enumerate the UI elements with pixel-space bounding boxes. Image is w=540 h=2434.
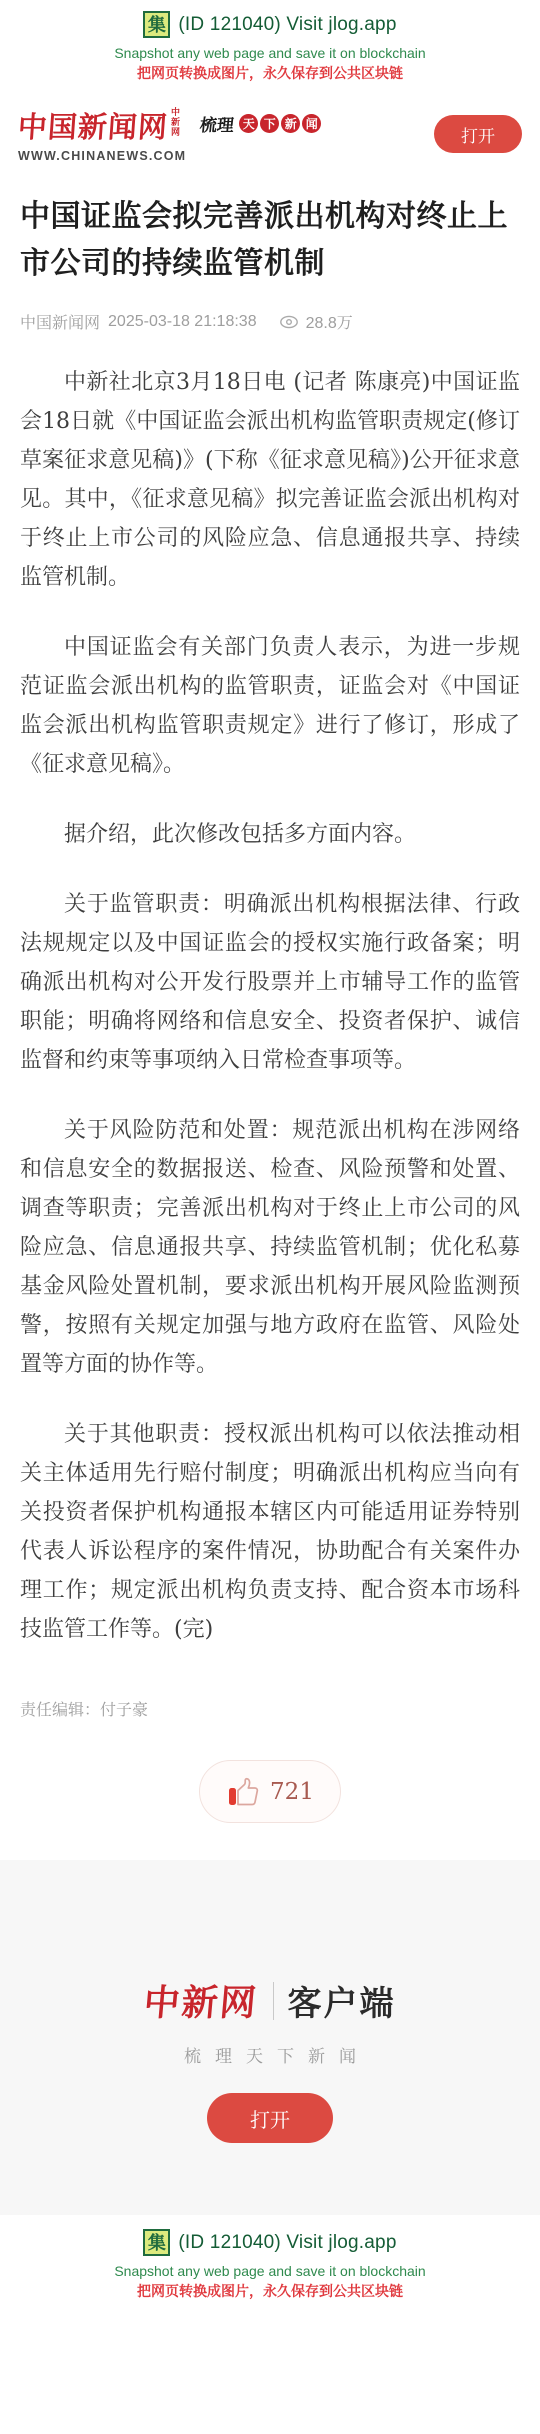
jlog-banner-title[interactable]: (ID 121040) Visit jlog.app: [178, 2232, 396, 2254]
article-paragraph: 据介绍，此次修改包括多方面内容。: [20, 815, 520, 854]
article-source: 中国新闻网: [20, 310, 100, 333]
logo-side-char: 新: [171, 117, 180, 127]
thumbs-up-icon: [226, 1776, 260, 1808]
like-button[interactable]: 721: [199, 1760, 341, 1823]
article-paragraph: 中新社北京3月18日电 (记者 陈康亮)中国证监会18日就《中国证监会派出机构监…: [20, 363, 520, 597]
slogan-seal: 新: [281, 114, 300, 133]
jlog-banner-subtitle-en: Snapshot any web page and save it on blo…: [0, 2263, 540, 2279]
chinanews-logo: 中国新闻网: [17, 105, 170, 146]
footer-divider: [273, 1982, 274, 2020]
footer-brand: 中新网 客户端: [0, 1975, 540, 2026]
app-footer: 中新网 客户端 梳理天下新闻 打开: [0, 1860, 540, 2215]
chinanews-url: WWW.CHINANEWS.COM: [18, 149, 186, 163]
article-paragraph: 中国证监会有关部门负责人表示，为进一步规范证监会派出机构的监管职责，证监会对《中…: [20, 628, 520, 784]
article-title: 中国证监会拟完善派出机构对终止上市公司的持续监管机制: [20, 193, 520, 287]
footer-logo: 中新网: [142, 1975, 260, 2026]
footer-slogan: 梳理天下新闻: [0, 2042, 540, 2067]
slogan-seal: 闻: [302, 114, 321, 133]
slogan-seal: 天: [239, 114, 258, 133]
article-paragraph: 关于风险防范和处置：规范派出机构在涉网络和信息安全的数据报送、检查、风险预警和处…: [20, 1111, 520, 1384]
open-app-button-header[interactable]: 打开: [434, 115, 522, 153]
views-eye-icon: [279, 314, 299, 330]
jlog-banner-subtitle-zh: 把网页转换成图片，永久保存到公共区块链: [0, 63, 540, 83]
editor-credit: 责任编辑：付子豪: [20, 1697, 520, 1720]
like-count: 721: [270, 1779, 314, 1805]
article-body: 中新社北京3月18日电 (记者 陈康亮)中国证监会18日就《中国证监会派出机构监…: [20, 363, 520, 1649]
slogan-prefix: 梳理: [199, 111, 236, 136]
jlog-banner-title[interactable]: (ID 121040) Visit jlog.app: [178, 14, 396, 36]
header-slogan: 梳理 天 下 新 闻: [200, 111, 321, 136]
article-paragraph: 关于其他职责：授权派出机构可以依法推动相关主体适用先行赔付制度；明确派出机构应当…: [20, 1415, 520, 1649]
jlog-banner-subtitle-zh: 把网页转换成图片，永久保存到公共区块链: [0, 2281, 540, 2301]
article: 中国证监会拟完善派出机构对终止上市公司的持续监管机制 中国新闻网 2025-03…: [0, 193, 540, 1823]
article-paragraph: 关于监管职责：明确派出机构根据法律、行政法规规定以及中国证监会的授权实施行政备案…: [20, 885, 520, 1080]
jlog-banner-top: 集 (ID 121040) Visit jlog.app Snapshot an…: [0, 0, 540, 95]
open-app-button-footer[interactable]: 打开: [207, 2093, 333, 2143]
slogan-seal: 下: [260, 114, 279, 133]
logo-side-char: 中: [171, 107, 180, 117]
jlog-logo-icon: 集: [143, 2229, 170, 2256]
site-header: 中国新闻网 中 新 网 WWW.CHINANEWS.COM 梳理 天 下 新 闻…: [0, 95, 540, 177]
logo-side-char: 网: [171, 127, 180, 137]
chinanews-brand[interactable]: 中国新闻网 中 新 网 WWW.CHINANEWS.COM 梳理 天 下 新 闻: [18, 105, 321, 163]
view-count: 28.8万: [306, 310, 353, 333]
jlog-banner-bottom: 集 (ID 121040) Visit jlog.app Snapshot an…: [0, 2215, 540, 2313]
footer-client-label: 客户端: [288, 1976, 396, 2025]
article-byline: 中国新闻网 2025-03-18 21:18:38 28.8万: [20, 310, 520, 333]
chinanews-logo-side: 中 新 网: [171, 107, 180, 137]
jlog-logo-icon: 集: [143, 11, 170, 38]
jlog-banner-subtitle-en: Snapshot any web page and save it on blo…: [0, 45, 540, 61]
article-datetime: 2025-03-18 21:18:38: [108, 313, 257, 331]
